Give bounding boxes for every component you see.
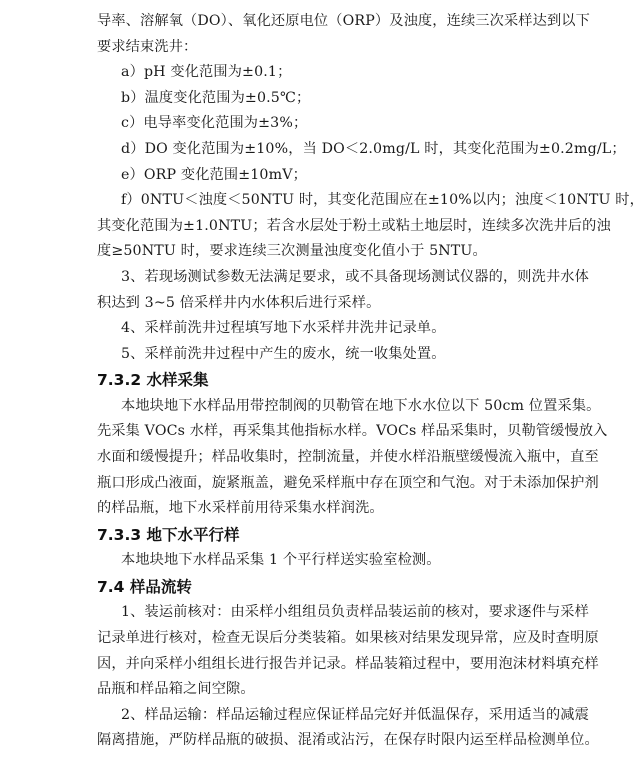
criteria-item-f: f）0NTU＜浊度＜50NTU 时，其变化范围应在±10%以内；浊度＜10NTU… xyxy=(97,188,549,214)
text-line: 本地块地下水样品用带控制阀的贝勒管在地下水水位以下 50cm 位置采集。 xyxy=(97,394,549,420)
text-line: 因，并向采样小组组长进行报告并记录。样品装箱过程中，要用泡沫材料填充样 xyxy=(97,652,549,678)
text-line: 品瓶和样品箱之间空隙。 xyxy=(97,677,549,703)
text-line: 其变化范围为±1.0NTU；若含水层处于粉土或粘土地层时，连续多次洗井后的浊 xyxy=(97,214,549,240)
text-line: 导率、溶解氧（DO）、氧化还原电位（ORP）及浊度，连续三次采样达到以下 xyxy=(97,9,549,35)
step-5: 5、采样前洗井过程中产生的废水，统一收集处置。 xyxy=(97,342,549,368)
section-heading-7-3-3: 7.3.3 地下水平行样 xyxy=(97,522,549,549)
criteria-item-c: c）电导率变化范围为±3%； xyxy=(97,111,549,137)
text-line: 隔离措施，严防样品瓶的破损、混淆或沾污，在保存时限内运至样品检测单位。 xyxy=(97,728,549,754)
text-line: 要求结束洗井： xyxy=(97,35,549,61)
text-line: 度≥50NTU 时，要求连续三次测量浊度变化值小于 5NTU。 xyxy=(97,239,549,265)
step-2: 2、样品运输：样品运输过程应保证样品完好并低温保存，采用适当的减震 xyxy=(97,703,549,729)
criteria-item-d: d）DO 变化范围为±10%，当 DO＜2.0mg/L 时，其变化范围为±0.2… xyxy=(97,137,549,163)
text-line: 的样品瓶，地下水采样前用待采集水样润洗。 xyxy=(97,496,549,522)
criteria-item-a: a）pH 变化范围为±0.1； xyxy=(97,60,549,86)
criteria-item-b: b）温度变化范围为±0.5℃； xyxy=(97,86,549,112)
document-page: 导率、溶解氧（DO）、氧化还原电位（ORP）及浊度，连续三次采样达到以下 要求结… xyxy=(97,9,549,754)
step-3: 3、若现场测试参数无法满足要求，或不具备现场测试仪器的，则洗井水体 xyxy=(97,265,549,291)
text-line: 先采集 VOCs 水样，再采集其他指标水样。VOCs 样品采集时，贝勒管缓慢放入 xyxy=(97,419,549,445)
step-1: 1、装运前核对：由采样小组组员负责样品装运前的核对，要求逐件与采样 xyxy=(97,600,549,626)
text-line: 本地块地下水样品采集 1 个平行样送实验室检测。 xyxy=(97,548,549,574)
text-line: 瓶口形成凸液面，旋紧瓶盖，避免采样瓶中存在顶空和气泡。对于未添加保护剂 xyxy=(97,471,549,497)
section-heading-7-4: 7.4 样品流转 xyxy=(97,574,549,601)
text-line: 积达到 3~5 倍采样井内水体积后进行采样。 xyxy=(97,291,549,317)
text-line: 水面和缓慢提升；样品收集时，控制流量，并使水样沿瓶壁缓慢流入瓶中，直至 xyxy=(97,445,549,471)
criteria-item-e: e）ORP 变化范围±10mV； xyxy=(97,163,549,189)
text-line: 记录单进行核对，检查无误后分类装箱。如果核对结果发现异常，应及时查明原 xyxy=(97,626,549,652)
step-4: 4、采样前洗井过程填写地下水采样井洗井记录单。 xyxy=(97,316,549,342)
section-heading-7-3-2: 7.3.2 水样采集 xyxy=(97,367,549,394)
